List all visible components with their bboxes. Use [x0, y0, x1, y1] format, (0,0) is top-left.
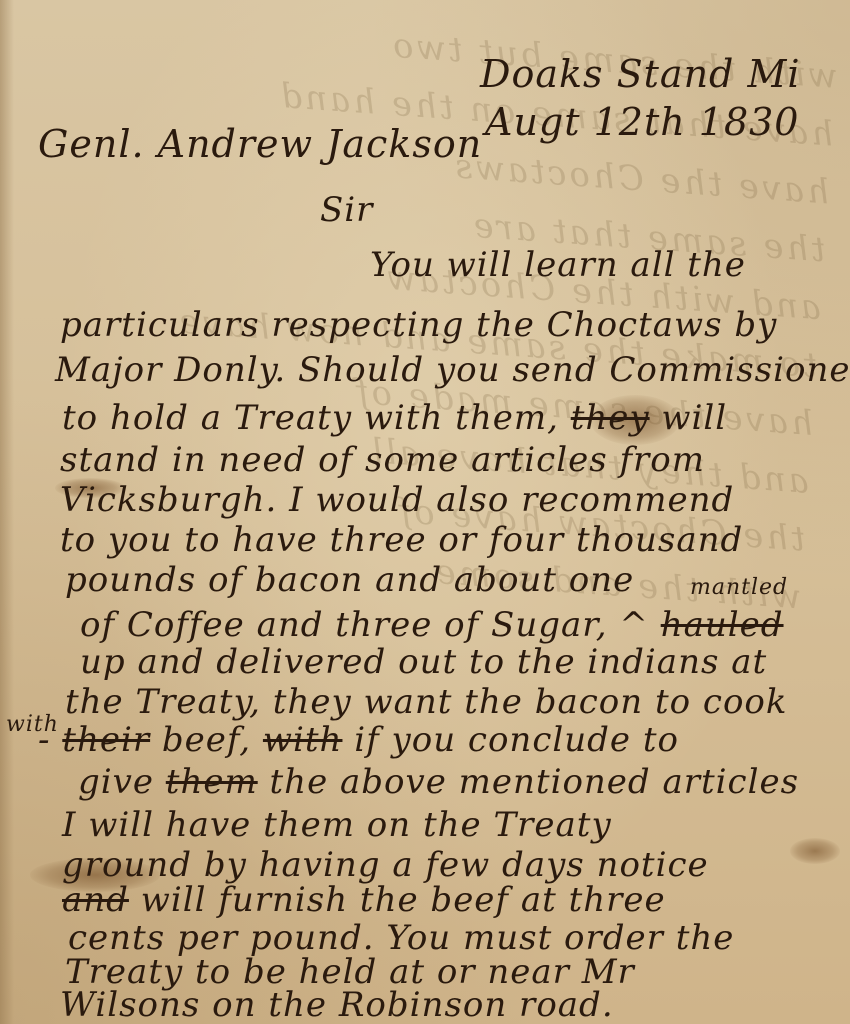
- struck-word: their: [62, 720, 150, 760]
- body-line-8: pounds of bacon and about one: [65, 560, 634, 600]
- body-line-3: Major Donly. Should you send Commissione…: [55, 350, 850, 390]
- body-line-9-text: of Coffee and three of Sugar: [80, 605, 596, 645]
- body-line-4-end: will: [650, 398, 728, 438]
- addressee: Genl. Andrew Jackson: [38, 122, 482, 166]
- body-line-16-text: will furnish the beef at three: [129, 880, 666, 920]
- body-line-1: You will learn all the: [370, 245, 746, 285]
- body-line-19: Wilsons on the Robinson road.: [60, 985, 614, 1024]
- struck-word: them: [166, 762, 258, 802]
- struck-word: with: [263, 720, 343, 760]
- body-line-6: Vicksburgh. I would also recommend: [60, 480, 734, 520]
- body-line-4: to hold a Treaty with them, they will: [62, 398, 727, 438]
- body-line-7: to you to have three or four thousand: [60, 520, 743, 560]
- body-line-13-end: the above mentioned articles: [258, 762, 799, 802]
- body-line-12-text: beef,: [150, 720, 263, 760]
- ink-blot-lower-right: [790, 838, 840, 864]
- body-line-13-start: give: [78, 762, 166, 802]
- caret-mark: -: [38, 720, 62, 760]
- body-line-15: ground by having a few days notice: [62, 845, 709, 885]
- letter-place: Doaks Stand Mi: [480, 52, 801, 96]
- page-edge-shadow: [0, 0, 14, 1024]
- body-line-2: particulars respecting the Choctaws by: [60, 305, 777, 345]
- body-line-11: the Treaty, they want the bacon to cook: [65, 682, 788, 722]
- body-line-12-end: if you conclude to: [342, 720, 679, 760]
- body-line-9: of Coffee and three of Sugar, ^ hauled: [80, 605, 784, 645]
- body-line-4-text: to hold a Treaty with them,: [62, 398, 571, 438]
- struck-word: they: [571, 398, 650, 438]
- salutation: Sir: [320, 190, 373, 230]
- insertion-above-line-9: mantled: [690, 575, 788, 600]
- struck-word: and: [62, 880, 129, 920]
- letter-date: Augt 12th 1830: [485, 100, 799, 144]
- caret-mark: , ^: [596, 605, 661, 645]
- body-line-13: give them the above mentioned articles: [78, 762, 799, 802]
- struck-word: hauled: [661, 605, 784, 645]
- body-line-16: and will furnish the beef at three: [62, 880, 666, 920]
- body-line-5: stand in need of some articles from: [60, 440, 705, 480]
- body-line-10: up and delivered out to the indians at: [80, 642, 767, 682]
- letter-page: with the same but two have that same on …: [0, 0, 850, 1024]
- body-line-14: I will have them on the Treaty: [62, 805, 612, 845]
- body-line-12: - their beef, with if you conclude to: [38, 720, 679, 760]
